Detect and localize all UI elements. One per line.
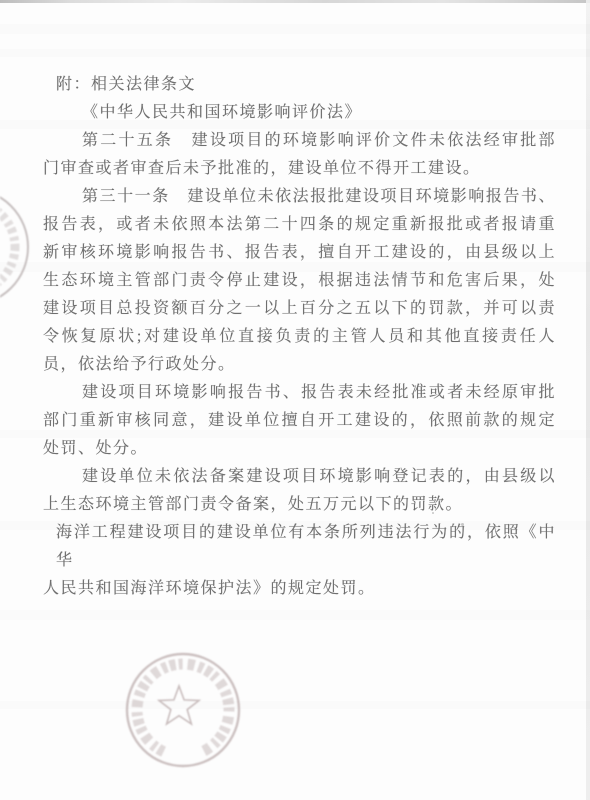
scan-band [0, 610, 590, 620]
scan-edge-top [0, 0, 590, 3]
attachment-note: 附：相关法律条文 [56, 71, 556, 99]
text-line: 令恢复原状;对建设单位直接负责的主管人员和其他直接责任人 [43, 323, 556, 351]
text-line: 新审核环境影响报告书、报告表，擅自开工建设的，由县级以上 [43, 239, 556, 267]
text-line: 建设单位未依法备案建设项目环境影响登记表的，由县级以 [82, 463, 556, 491]
seal-ring-text [137, 664, 229, 752]
text-line: 报告表，或者未依照本法第二十四条的规定重新报批或者报请重 [43, 211, 556, 239]
legal-text-block: 附：相关法律条文 《中华人民共和国环境影响评价法》 第二十五条 建设项目的环境影… [43, 71, 556, 603]
text-line: 建设项目环境影响报告书、报告表未经批准或者未经原审批 [82, 379, 556, 407]
text-line: 第三十一条 建设单位未依法报批建设项目环境影响报告书、 [82, 183, 556, 211]
text-line: 海洋工程建设项目的建设单位有本条所列违法行为的，依照《中华 [56, 519, 556, 575]
text-line: 人民共和国海洋环境保护法》的规定处罚。 [43, 575, 556, 603]
law-title: 《中华人民共和国环境影响评价法》 [82, 99, 556, 127]
text-line: 上生态环境主管部门责令备案，处五万元以下的罚款。 [43, 491, 556, 519]
partial-seal-left-edge [0, 190, 40, 320]
text-line: 第二十五条 建设项目的环境影响评价文件未依法经审批部 [82, 127, 556, 155]
text-line: 门审查或者审查后未予批准的，建设单位不得开工建设。 [43, 155, 556, 183]
seal-border-circle [127, 654, 239, 766]
scan-band [0, 49, 590, 57]
seal-star-icon [159, 686, 199, 724]
seal-ring-glyphs [0, 202, 15, 292]
scan-band [0, 24, 590, 34]
text-line: 生态环境主管部门责令停止建设，根据违法情节和危害后果，处 [43, 267, 556, 295]
scanned-document-page: 附：相关法律条文 《中华人民共和国环境影响评价法》 第二十五条 建设项目的环境影… [0, 0, 590, 800]
text-line: 部门重新审核同意，建设单位擅自开工建设的，依照前款的规定 [43, 407, 556, 435]
scan-speck [461, 523, 464, 526]
official-seal-stamp [103, 630, 263, 790]
scan-band [0, 701, 590, 709]
text-line: 员，依法给予行政处分。 [43, 351, 556, 379]
scan-speck [432, 512, 434, 514]
text-line: 处罚、处分。 [43, 435, 556, 463]
text-line: 建设项目总投资额百分之一以上百分之五以下的罚款，并可以责 [43, 295, 556, 323]
